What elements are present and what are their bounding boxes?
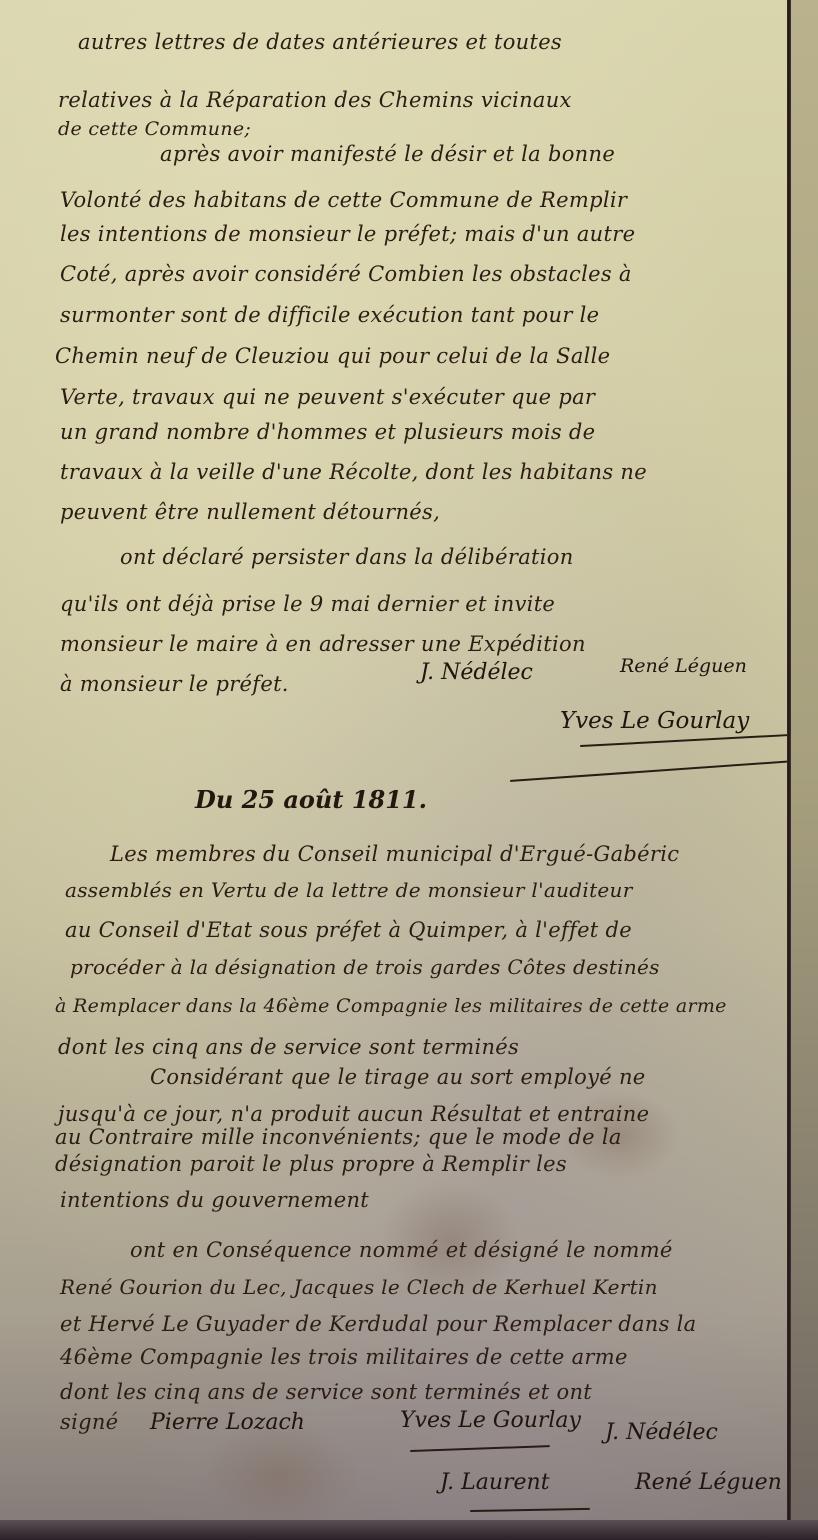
text-line: à Remplacer dans la 46ème Compagnie les … xyxy=(55,995,727,1017)
signature: Yves Le Gourlay xyxy=(560,708,749,734)
signature: Pierre Lozach xyxy=(150,1410,305,1435)
text-line: Coté, après avoir considéré Combien les … xyxy=(60,262,632,286)
signature-flourish xyxy=(410,1445,550,1452)
text-line: ont en Conséquence nommé et désigné le n… xyxy=(130,1238,673,1262)
text-line: relatives à la Réparation des Chemins vi… xyxy=(58,88,572,112)
text-line: Considérant que le tirage au sort employ… xyxy=(150,1065,646,1089)
text-line: dont les cinq ans de service sont termin… xyxy=(58,1035,519,1059)
document-scan: autres lettres de dates antérieures et t… xyxy=(0,0,818,1540)
signature-flourish xyxy=(510,760,789,782)
signature-flourish xyxy=(470,1508,590,1512)
signature: J. Nédélec xyxy=(420,660,533,685)
text-line: à monsieur le préfet. xyxy=(60,672,289,696)
text-line: peuvent être nullement détournés, xyxy=(60,500,440,524)
text-line: jusqu'à ce jour, n'a produit aucun Résul… xyxy=(58,1102,649,1126)
text-line: surmonter sont de difficile exécution ta… xyxy=(60,303,599,327)
text-line: assemblés en Vertu de la lettre de monsi… xyxy=(65,878,633,902)
signature: René Léguen xyxy=(620,655,747,677)
text-line: qu'ils ont déjà prise le 9 mai dernier e… xyxy=(60,592,555,616)
text-line: procéder à la désignation de trois garde… xyxy=(70,955,660,979)
text-line: désignation paroit le plus propre à Remp… xyxy=(55,1152,567,1176)
signature: J. Nédélec xyxy=(605,1420,718,1445)
facing-page-edge xyxy=(791,0,818,1540)
text-line: monsieur le maire à en adresser une Expé… xyxy=(60,632,586,656)
paper-stain xyxy=(200,1420,360,1530)
text-line: après avoir manifesté le désir et la bon… xyxy=(160,142,615,166)
signature: J. Laurent xyxy=(440,1470,550,1495)
text-line: signé xyxy=(60,1410,118,1434)
text-line: dont les cinq ans de service sont termin… xyxy=(60,1380,592,1404)
text-line: un grand nombre d'hommes et plusieurs mo… xyxy=(60,420,595,444)
text-line: les intentions de monsieur le préfet; ma… xyxy=(60,222,635,246)
text-line: René Gourion du Lec, Jacques le Clech de… xyxy=(60,1275,658,1299)
text-line: 46ème Compagnie les trois militaires de … xyxy=(60,1345,628,1369)
text-line: ont déclaré persister dans la délibérati… xyxy=(120,545,574,569)
text-line: travaux à la veille d'une Récolte, dont … xyxy=(60,460,647,484)
signature: Yves Le Gourlay xyxy=(400,1408,581,1433)
register-page: autres lettres de dates antérieures et t… xyxy=(0,0,790,1520)
text-line: Les membres du Conseil municipal d'Ergué… xyxy=(110,842,679,866)
entry-date-heading: Du 25 août 1811. xyxy=(195,785,427,814)
text-line: au Conseil d'Etat sous préfet à Quimper,… xyxy=(65,918,632,942)
signature-flourish xyxy=(580,734,790,747)
text-line: Verte, travaux qui ne peuvent s'exécuter… xyxy=(60,385,595,409)
text-line: de cette Commune; xyxy=(58,118,251,140)
page-bottom-shadow xyxy=(0,1520,818,1540)
text-line: Volonté des habitans de cette Commune de… xyxy=(60,188,627,212)
text-line: autres lettres de dates antérieures et t… xyxy=(78,30,562,54)
text-line: Chemin neuf de Cleuziou qui pour celui d… xyxy=(55,344,610,368)
text-line: et Hervé Le Guyader de Kerdudal pour Rem… xyxy=(60,1312,697,1336)
signature: René Léguen xyxy=(635,1470,782,1495)
text-line: au Contraire mille inconvénients; que le… xyxy=(55,1125,622,1149)
text-line: intentions du gouvernement xyxy=(60,1188,369,1212)
